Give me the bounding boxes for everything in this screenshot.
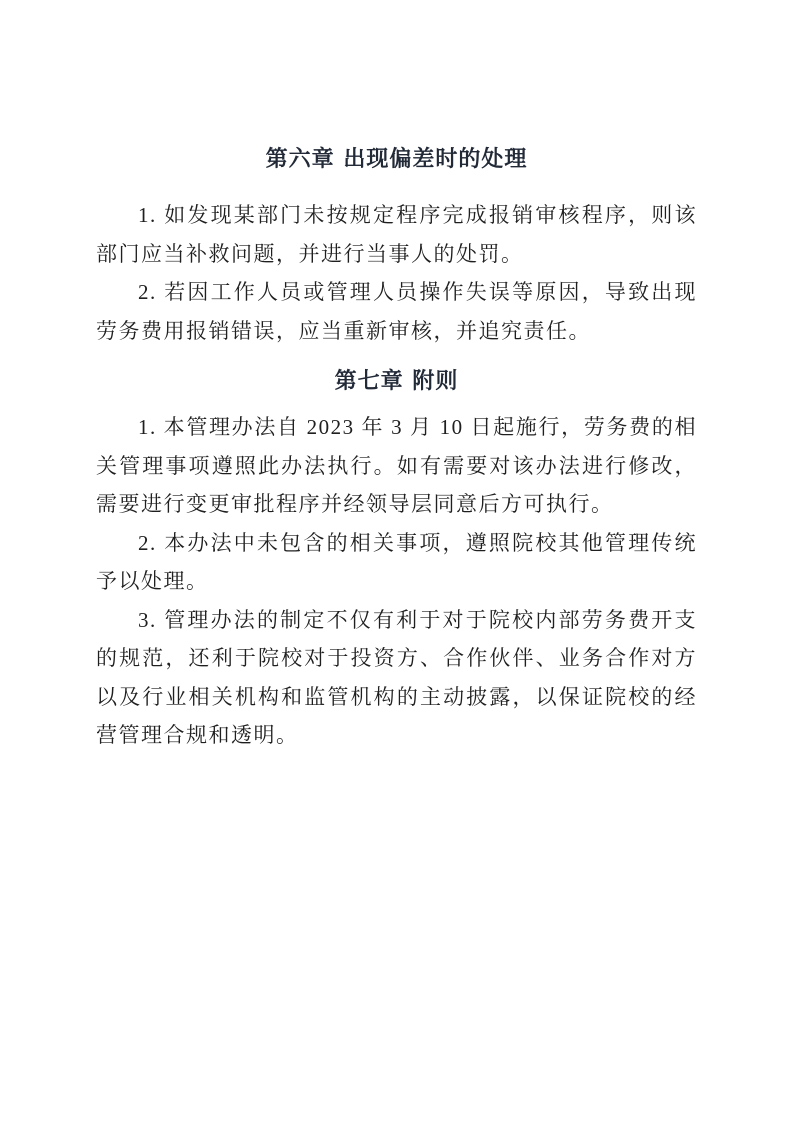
- paragraph: 2. 本办法中未包含的相关事项，遵照院校其他管理传统予以处理。: [96, 524, 697, 601]
- paragraph: 3. 管理办法的制定不仅有利于对于院校内部劳务费开支的规范，还利于院校对于投资方…: [96, 601, 697, 755]
- paragraph: 1. 如发现某部门未按规定程序完成报销审核程序，则该部门应当补救问题，并进行当事…: [96, 196, 697, 273]
- chapter-6-section: 第六章 出现偏差时的处理 1. 如发现某部门未按规定程序完成报销审核程序，则该部…: [96, 146, 697, 350]
- paragraph: 1. 本管理办法自 2023 年 3 月 10 日起施行，劳务费的相关管理事项遵…: [96, 408, 697, 524]
- document-page: 第六章 出现偏差时的处理 1. 如发现某部门未按规定程序完成报销审核程序，则该部…: [0, 0, 793, 1122]
- chapter-6-heading: 第六章 出现偏差时的处理: [96, 146, 697, 174]
- paragraph: 2. 若因工作人员或管理人员操作失误等原因，导致出现劳务费用报销错误，应当重新审…: [96, 273, 697, 350]
- chapter-7-section: 第七章 附则 1. 本管理办法自 2023 年 3 月 10 日起施行，劳务费的…: [96, 368, 697, 755]
- chapter-7-heading: 第七章 附则: [96, 368, 697, 396]
